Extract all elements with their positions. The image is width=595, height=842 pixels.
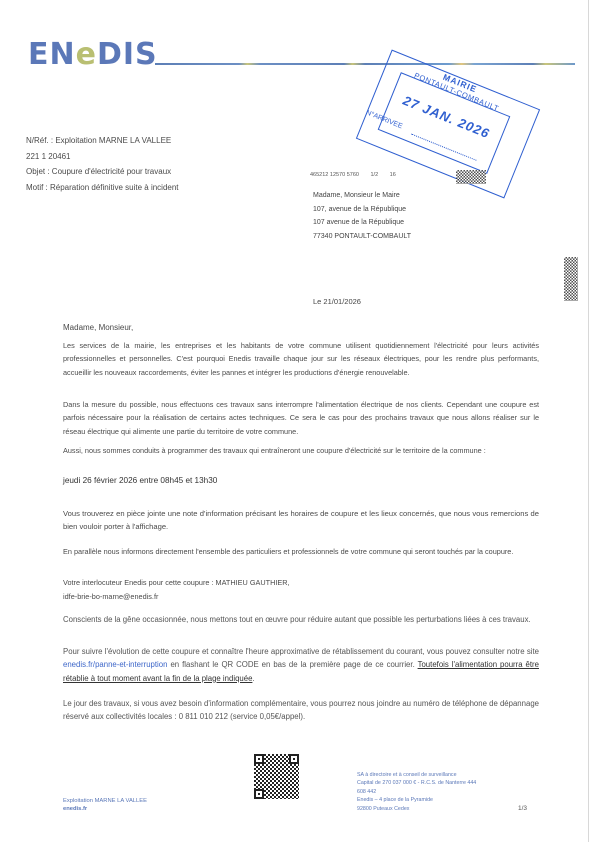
reference-code: 221 1 20461 — [26, 149, 179, 165]
footer-legal: SA à directoire et à conseil de surveill… — [357, 771, 476, 813]
recipient-address: Madame, Monsieur le Maire 107, avenue de… — [313, 189, 411, 243]
paragraph-outage-notice: Aussi, nous sommes conduits à programmer… — [63, 444, 539, 457]
qr-code-icon[interactable] — [254, 754, 299, 799]
tracking-text-after: en flashant le QR CODE en bas de la prem… — [167, 660, 417, 669]
legal-line: 608 442 — [357, 788, 476, 796]
contact-email-link[interactable]: idfe-brie-bo-marne@enedis.fr — [63, 592, 158, 601]
logo-part-1: EN — [28, 40, 76, 70]
tracking-code: 465212 12570 5760 — [310, 172, 359, 178]
paragraph-intro: Les services de la mairie, les entrepris… — [63, 339, 539, 379]
tracking-page: 1/2 — [370, 172, 378, 178]
nref-line: N/Réf. : Exploitation MARNE LA VALLEE — [26, 133, 179, 149]
salutation: Madame, Monsieur, — [63, 321, 539, 334]
paragraph-phone: Le jour des travaux, si vous avez besoin… — [63, 697, 539, 724]
recipient-city: 77340 PONTAULT-COMBAULT — [313, 230, 411, 244]
header-divider — [155, 63, 575, 65]
paragraph-customers: En parallèle nous informons directement … — [63, 545, 539, 558]
legal-line: 92800 Puteaux Cedex — [357, 805, 476, 813]
page-edge — [588, 0, 589, 842]
tracking-line: 465212 12570 5760 1/2 16 — [310, 172, 406, 178]
side-datamatrix-code-icon — [564, 257, 578, 301]
page-number: 1/3 — [518, 805, 527, 812]
legal-line: Capital de 270 037 000 € - R.C.S. de Nan… — [357, 779, 476, 787]
letter-date: Le 21/01/2026 — [313, 297, 361, 306]
enedis-logo: ENeDIS — [28, 40, 158, 70]
logo-part-3: DIS — [97, 40, 158, 70]
footer-sender-name: Exploitation MARNE LA VALLEE — [63, 797, 147, 805]
paragraph-apology: Conscients de la gêne occasionnée, nous … — [63, 613, 539, 626]
tracking-text-before: Pour suivre l'évolution de cette coupure… — [63, 647, 539, 656]
reference-block: N/Réf. : Exploitation MARNE LA VALLEE 22… — [26, 133, 179, 195]
subject-line: Objet : Coupure d'électricité pour trava… — [26, 164, 179, 180]
datamatrix-code-icon — [456, 170, 486, 184]
recipient-name: Madame, Monsieur le Maire — [313, 189, 411, 203]
paragraph-works: Dans la mesure du possible, nous effectu… — [63, 398, 539, 438]
footer-website-link[interactable]: enedis.fr — [63, 805, 147, 813]
logo-part-2: e — [76, 40, 97, 70]
outage-date: jeudi 26 février 2026 entre 08h45 et 13h… — [63, 476, 217, 485]
paragraph-attachment: Vous trouverez en pièce jointe une note … — [63, 507, 539, 534]
footer-sender: Exploitation MARNE LA VALLEE enedis.fr — [63, 797, 147, 813]
recipient-street-2: 107 avenue de la République — [313, 216, 411, 230]
legal-line: Enedis – 4 place de la Pyramide — [357, 796, 476, 804]
qr-finder-icon — [254, 754, 264, 764]
legal-line: SA à directoire et à conseil de surveill… — [357, 771, 476, 779]
tracking-text-end: . — [252, 674, 254, 683]
outage-website-link[interactable]: enedis.fr/panne-et-interruption — [63, 660, 167, 669]
paragraph-tracking: Pour suivre l'évolution de cette coupure… — [63, 645, 539, 685]
contact-line: Votre interlocuteur Enedis pour cette co… — [63, 576, 539, 589]
recipient-street-1: 107, avenue de la République — [313, 203, 411, 217]
qr-finder-icon — [254, 789, 264, 799]
reason-line: Motif : Réparation définitive suite à in… — [26, 180, 179, 196]
tracking-count: 16 — [390, 172, 396, 178]
qr-finder-icon — [289, 754, 299, 764]
